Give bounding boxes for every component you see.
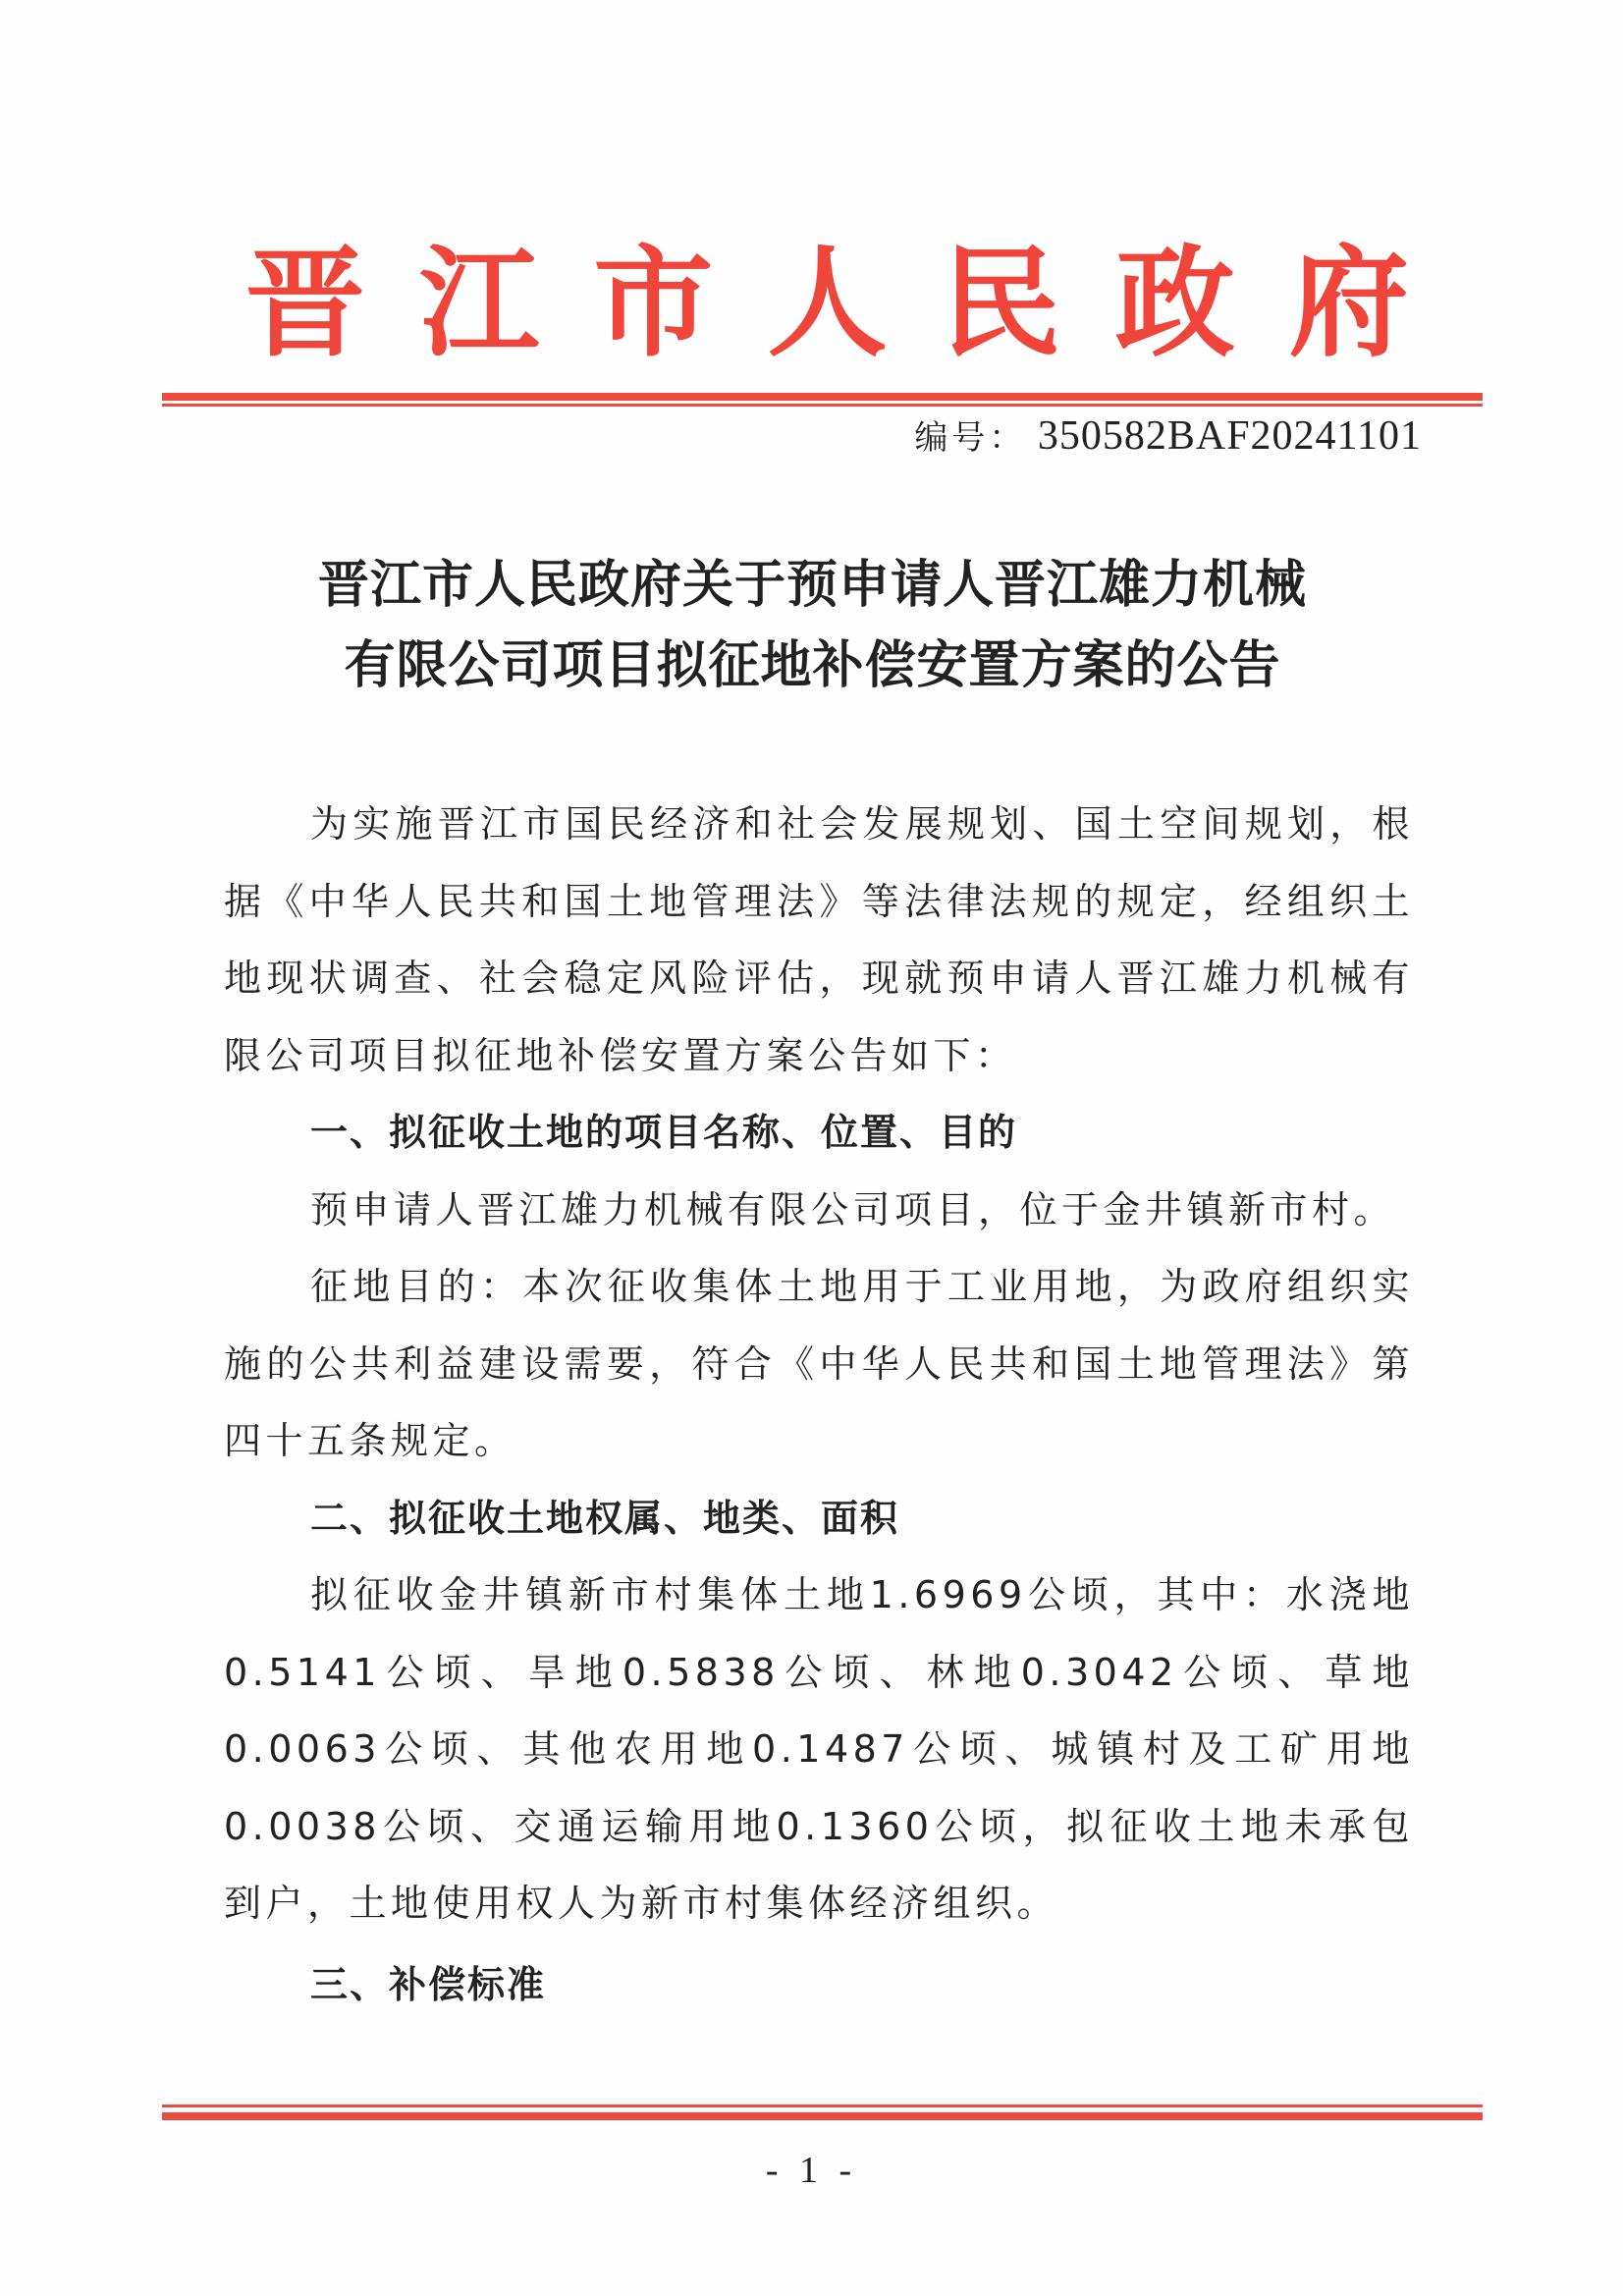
document-number-label: 编号： [914,418,1026,458]
section-heading-1: 一、拟征收土地的项目名称、位置、目的 [224,1094,1414,1172]
page-number: - 1 - [0,2149,1623,2192]
masthead-char: 江 [419,243,539,362]
masthead-char: 人 [767,243,887,362]
document-page: 晋 江 市 人 民 政 府 编号： 350582BAF20241101 晋江市人… [0,0,1623,2296]
intro-paragraph: 为实施晋江市国民经济和社会发展规划、国土空间规划，根据《中华人民共和国土地管理法… [224,786,1414,1094]
footer-rule-thick [162,2112,1483,2120]
document-title: 晋江市人民政府关于预申请人晋江雄力机械 有限公司项目拟征地补偿安置方案的公告 [216,545,1409,706]
document-number-value: 350582BAF20241101 [1038,413,1422,459]
section-heading-3: 三、补偿标准 [224,1946,1414,2024]
header-rule-thick [162,393,1483,401]
masthead-char: 晋 [245,243,365,362]
section-1-paragraph-purpose: 征地目的：本次征收集体土地用于工业用地，为政府组织实施的公共利益建设需要，符合《… [224,1248,1414,1480]
section-heading-2: 二、拟征收土地权属、地类、面积 [224,1480,1414,1558]
title-line-1: 晋江市人民政府关于预申请人晋江雄力机械 [216,545,1409,626]
header-rule-thin [162,404,1483,407]
section-2-paragraph-land: 拟征收金井镇新市村集体土地1.6969公顷，其中：水浇地0.5141公顷、旱地0… [224,1557,1414,1942]
masthead-issuer: 晋 江 市 人 民 政 府 [162,224,1483,381]
footer-rule-thin [162,2105,1483,2107]
title-line-2: 有限公司项目拟征地补偿安置方案的公告 [216,626,1409,706]
masthead-char: 府 [1289,243,1409,362]
masthead-char: 市 [593,243,713,362]
masthead-char: 民 [942,243,1061,362]
document-number: 编号： 350582BAF20241101 [914,412,1422,462]
masthead-char: 政 [1115,243,1235,362]
section-1-paragraph-location: 预申请人晋江雄力机械有限公司项目，位于金井镇新市村。 [224,1172,1414,1249]
document-body: 为实施晋江市国民经济和社会发展规划、国土空间规划，根据《中华人民共和国土地管理法… [224,786,1414,2023]
